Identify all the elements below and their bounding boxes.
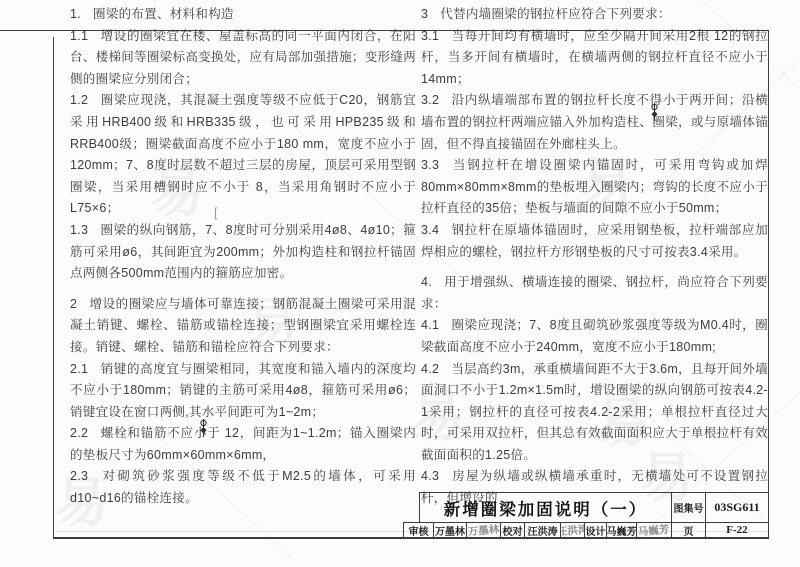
spec-paragraph: 1.圈梁的布置、材料和构造 [70,4,416,26]
paragraph-text: 圈梁的布置、材料和构造 [93,7,234,21]
spec-paragraph: 2增设的圈梁应与墙体可靠连接；钢筋混凝土圈梁可采用混凝土销键、螺栓、锚筋或锚栓连… [70,294,416,359]
paragraph-number: 1.1 [70,29,88,43]
frame-bottom-line [53,537,769,539]
drawing-sheet: 易 易 易 易 易 易 易 1.圈梁的布置、材料和构造 1.1增设的圈梁宜在楼、… [0,0,800,567]
paragraph-number: 3.3 [421,158,439,172]
proofreader-label: 校对 [501,523,524,537]
frame-right-line [768,30,769,538]
bracket-artifact: [ [214,205,218,220]
paragraph-number: 2 [70,297,77,311]
paragraph-text: 圈梁应现浇，其混凝土强度等级不应低于C20，钢筋宜采用HRB400级和HRB33… [70,93,416,215]
reviewer-label: 审核 [404,523,433,537]
spec-paragraph: 3.1当每开间均有横墙时，应至少隔开间采用2根 12的钢拉杆，当多开间有横墙时，… [421,26,768,91]
reviewer-name: 万墨林 [434,523,466,537]
spec-paragraph: 4.2当层高约3m，承重横墙间距不大于3.6m，且每开间外墙面洞口不小于1.2m… [421,359,768,467]
spec-paragraph: 2.1销键的高度宜与圈梁相同，其宽度和锚入墙内的深度均不应小于180mm；销键的… [70,359,416,424]
spec-column-right: 3代替内墙圈梁的钢拉杆应符合下列要求： 3.1当每开间均有横墙时，应至少隔开间采… [421,4,768,510]
spec-paragraph: 3.4钢拉杆在原墙体锚固时，应采用钢垫板，拉杆端部应加焊相应的螺栓，钢拉杆方形钢… [421,220,768,263]
frame-left-line [53,37,54,537]
sheet-title: 新增圈梁加固说明（一） [420,493,671,522]
proofreader-name: 汪洪涛 [525,523,560,537]
spec-paragraph: 2.2螺栓和锚筋不应小于 12，间距为1~1.2m；锚入圈梁内的垫板尺寸为60m… [70,423,416,466]
paragraph-text: 当每开间均有横墙时，应至少隔开间采用2根 12的钢拉杆，当多开间有横墙时，在横墙… [421,29,768,86]
paragraph-number: 4.3 [421,469,439,483]
paragraph-number: 1.3 [70,223,88,237]
designer-name: 马巍芳 [607,523,636,537]
paragraph-number: 4.1 [421,318,439,332]
designer-label: 设计 [585,523,606,537]
registration-mark-icon [649,103,660,121]
spec-column-left: 1.圈梁的布置、材料和构造 1.1增设的圈梁宜在楼、屋盖标高的同一平面内闭合，在… [70,4,416,510]
paragraph-text: 钢拉杆在原墙体锚固时，应采用钢垫板，拉杆端部应加焊相应的螺栓，钢拉杆方形钢垫板的… [421,223,768,259]
paragraph-text: 代替内墙圈梁的钢拉杆应符合下列要求： [440,7,670,21]
paragraph-number: 3.4 [421,223,439,237]
paragraph-number: 1.2 [70,93,88,107]
spec-paragraph: 4.用于增强纵、横墙连接的圈梁、钢拉杆，尚应符合下列要求： [421,272,768,315]
paragraph-text: 圈梁的纵向钢筋，7、8度时可分别采用4ø8、4ø10；箍筋可采用ø6，其间距宜为… [70,223,416,280]
paragraph-text: 增设的圈梁应与墙体可靠连接；钢筋混凝土圈梁可采用混凝土销键、螺栓、锚筋或锚栓连接… [70,297,416,354]
paragraph-text: 圈梁应现浇；7、8度且砌筑砂浆强度等级为M0.4时，圈梁截面高度不应小于240m… [421,318,768,354]
proofreader-signature: 汪洪涛 [560,522,584,538]
atlas-no-label: 图集号 [672,493,705,522]
paragraph-text: 螺栓和锚筋不应小于 12，间距为1~1.2m；锚入圈梁内的垫板尺寸为60mm×6… [70,426,416,462]
spec-paragraph: 1.2圈梁应现浇，其混凝土强度等级不应低于C20，钢筋宜采用HRB400级和HR… [70,90,416,220]
paragraph-text: 用于增强纵、横墙连接的圈梁、钢拉杆，尚应符合下列要求： [421,275,768,311]
paragraph-number: 1. [70,7,81,21]
reviewer-signature: 万墨林 [466,522,500,539]
spec-paragraph: 1.3圈梁的纵向钢筋，7、8度时可分别采用4ø8、4ø10；箍筋可采用ø6，其间… [70,220,416,285]
paragraph-number: 4.2 [421,362,439,376]
spec-paragraph: 2.3对砌筑砂浆强度等级不低于M2.5的墙体，可采用d10~d16的锚栓连接。 [70,466,416,509]
paragraph-number: 2.2 [70,426,88,440]
paragraph-text: 当钢拉杆在增设圈梁内锚固时，可采用弯钩或加焊80mm×80mm×8mm的垫板埋入… [421,158,768,215]
page-label: 页 [672,523,705,537]
page-no-value: F-22 [706,523,768,537]
paragraph-number: 2.1 [70,362,88,376]
designer-signature: 马巍芳 [636,522,670,539]
paragraph-text: 增设的圈梁宜在楼、屋盖标高的同一平面内闭合，在阳台、楼梯间等圈梁标高变换处，应有… [70,29,416,86]
spec-paragraph: 3.2沿内纵墙端部布置的钢拉杆长度不得小于两开间；沿横墙布置的钢拉杆两端应锚入外… [421,90,768,155]
paragraph-number: 3.1 [421,29,439,43]
paragraph-number: 4. [421,275,432,289]
spec-paragraph: 4.1圈梁应现浇；7、8度且砌筑砂浆强度等级为M0.4时，圈梁截面高度不应小于2… [421,315,768,358]
paragraph-number: 3.2 [421,93,439,107]
paragraph-text: 当层高约3m，承重横墙间距不大于3.6m，且每开间外墙面洞口不小于1.2m×1.… [421,362,768,462]
spec-paragraph: 3.3当钢拉杆在增设圈梁内锚固时，可采用弯钩或加焊80mm×80mm×8mm的垫… [421,155,768,220]
paragraph-text: 沿内纵墙端部布置的钢拉杆长度不得小于两开间；沿横墙布置的钢拉杆两端应锚入外加构造… [421,93,768,150]
paragraph-number: 2.3 [70,469,88,483]
registration-mark-icon [198,419,209,437]
spec-paragraph: 3代替内墙圈梁的钢拉杆应符合下列要求： [421,4,768,26]
paragraph-text: 对砌筑砂浆强度等级不低于M2.5的墙体，可采用d10~d16的锚栓连接。 [70,469,416,505]
atlas-no-value: 03SG611 [706,493,768,522]
spec-paragraph: 1.1增设的圈梁宜在楼、屋盖标高的同一平面内闭合，在阳台、楼梯间等圈梁标高变换处… [70,26,416,91]
paragraph-number: 3 [421,7,428,21]
paragraph-text: 销键的高度宜与圈梁相同，其宽度和锚入墙内的深度均不应小于180mm；销键的主筋可… [70,362,416,419]
